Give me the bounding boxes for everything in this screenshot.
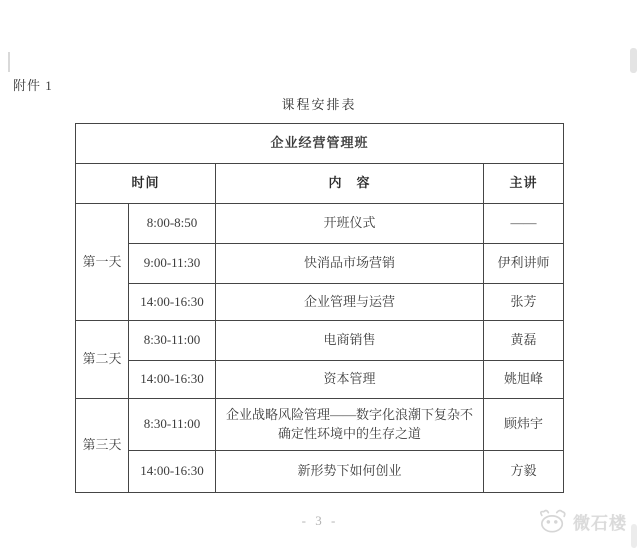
- speaker-cell: 顾炜宇: [484, 399, 564, 451]
- content-cell: 新形势下如何创业: [216, 451, 484, 493]
- page-title: 课程安排表: [75, 94, 563, 113]
- speaker-cell: 姚旭峰: [484, 361, 564, 399]
- page-edge-artifact: [8, 52, 10, 72]
- time-cell: 9:00-11:30: [129, 244, 216, 284]
- table-row: 14:00-16:30 新形势下如何创业 方毅: [76, 451, 564, 493]
- content-cell: 开班仪式: [216, 204, 484, 244]
- document-page: 附件 1 课程安排表 企业经营管理班 时间 内 容 主讲 第一天 8:00-8:…: [0, 0, 640, 548]
- schedule-table: 企业经营管理班 时间 内 容 主讲 第一天 8:00-8:50 开班仪式 —— …: [75, 123, 564, 493]
- content-cell: 电商销售: [216, 321, 484, 361]
- time-cell: 8:30-11:00: [129, 399, 216, 451]
- attachment-label: 附件 1: [13, 75, 53, 94]
- column-header-time: 时间: [76, 164, 216, 204]
- time-cell: 8:00-8:50: [129, 204, 216, 244]
- content-cell: 快消品市场营销: [216, 244, 484, 284]
- watermark: 微石楼: [537, 508, 627, 534]
- content-cell: 企业战略风险管理——数字化浪潮下复杂不确定性环境中的生存之道: [216, 399, 484, 451]
- day-label-day1: 第一天: [76, 204, 129, 321]
- table-title: 企业经营管理班: [76, 124, 564, 164]
- table-row: 9:00-11:30 快消品市场营销 伊利讲师: [76, 244, 564, 284]
- table-row: 第三天 8:30-11:00 企业战略风险管理——数字化浪潮下复杂不确定性环境中…: [76, 399, 564, 451]
- time-cell: 14:00-16:30: [129, 361, 216, 399]
- table-row: 第一天 8:00-8:50 开班仪式 ——: [76, 204, 564, 244]
- day-label-day2: 第二天: [76, 321, 129, 399]
- table-row: 14:00-16:30 资本管理 姚旭峰: [76, 361, 564, 399]
- table-header-row: 时间 内 容 主讲: [76, 164, 564, 204]
- watermark-text: 微石楼: [573, 509, 627, 534]
- time-cell: 8:30-11:00: [129, 321, 216, 361]
- speaker-cell: 张芳: [484, 284, 564, 321]
- scrollbar-thumb[interactable]: [630, 48, 637, 73]
- content-cell: 企业管理与运营: [216, 284, 484, 321]
- speaker-cell: ——: [484, 204, 564, 244]
- speaker-cell: 伊利讲师: [484, 244, 564, 284]
- time-cell: 14:00-16:30: [129, 284, 216, 321]
- watermark-logo-icon: [537, 508, 569, 534]
- speaker-cell: 黄磊: [484, 321, 564, 361]
- speaker-cell: 方毅: [484, 451, 564, 493]
- column-header-speaker: 主讲: [484, 164, 564, 204]
- column-header-content: 内 容: [216, 164, 484, 204]
- content-cell: 资本管理: [216, 361, 484, 399]
- table-title-row: 企业经营管理班: [76, 124, 564, 164]
- time-cell: 14:00-16:30: [129, 451, 216, 493]
- table-row: 第二天 8:30-11:00 电商销售 黄磊: [76, 321, 564, 361]
- table-row: 14:00-16:30 企业管理与运营 张芳: [76, 284, 564, 321]
- day-label-day3: 第三天: [76, 399, 129, 493]
